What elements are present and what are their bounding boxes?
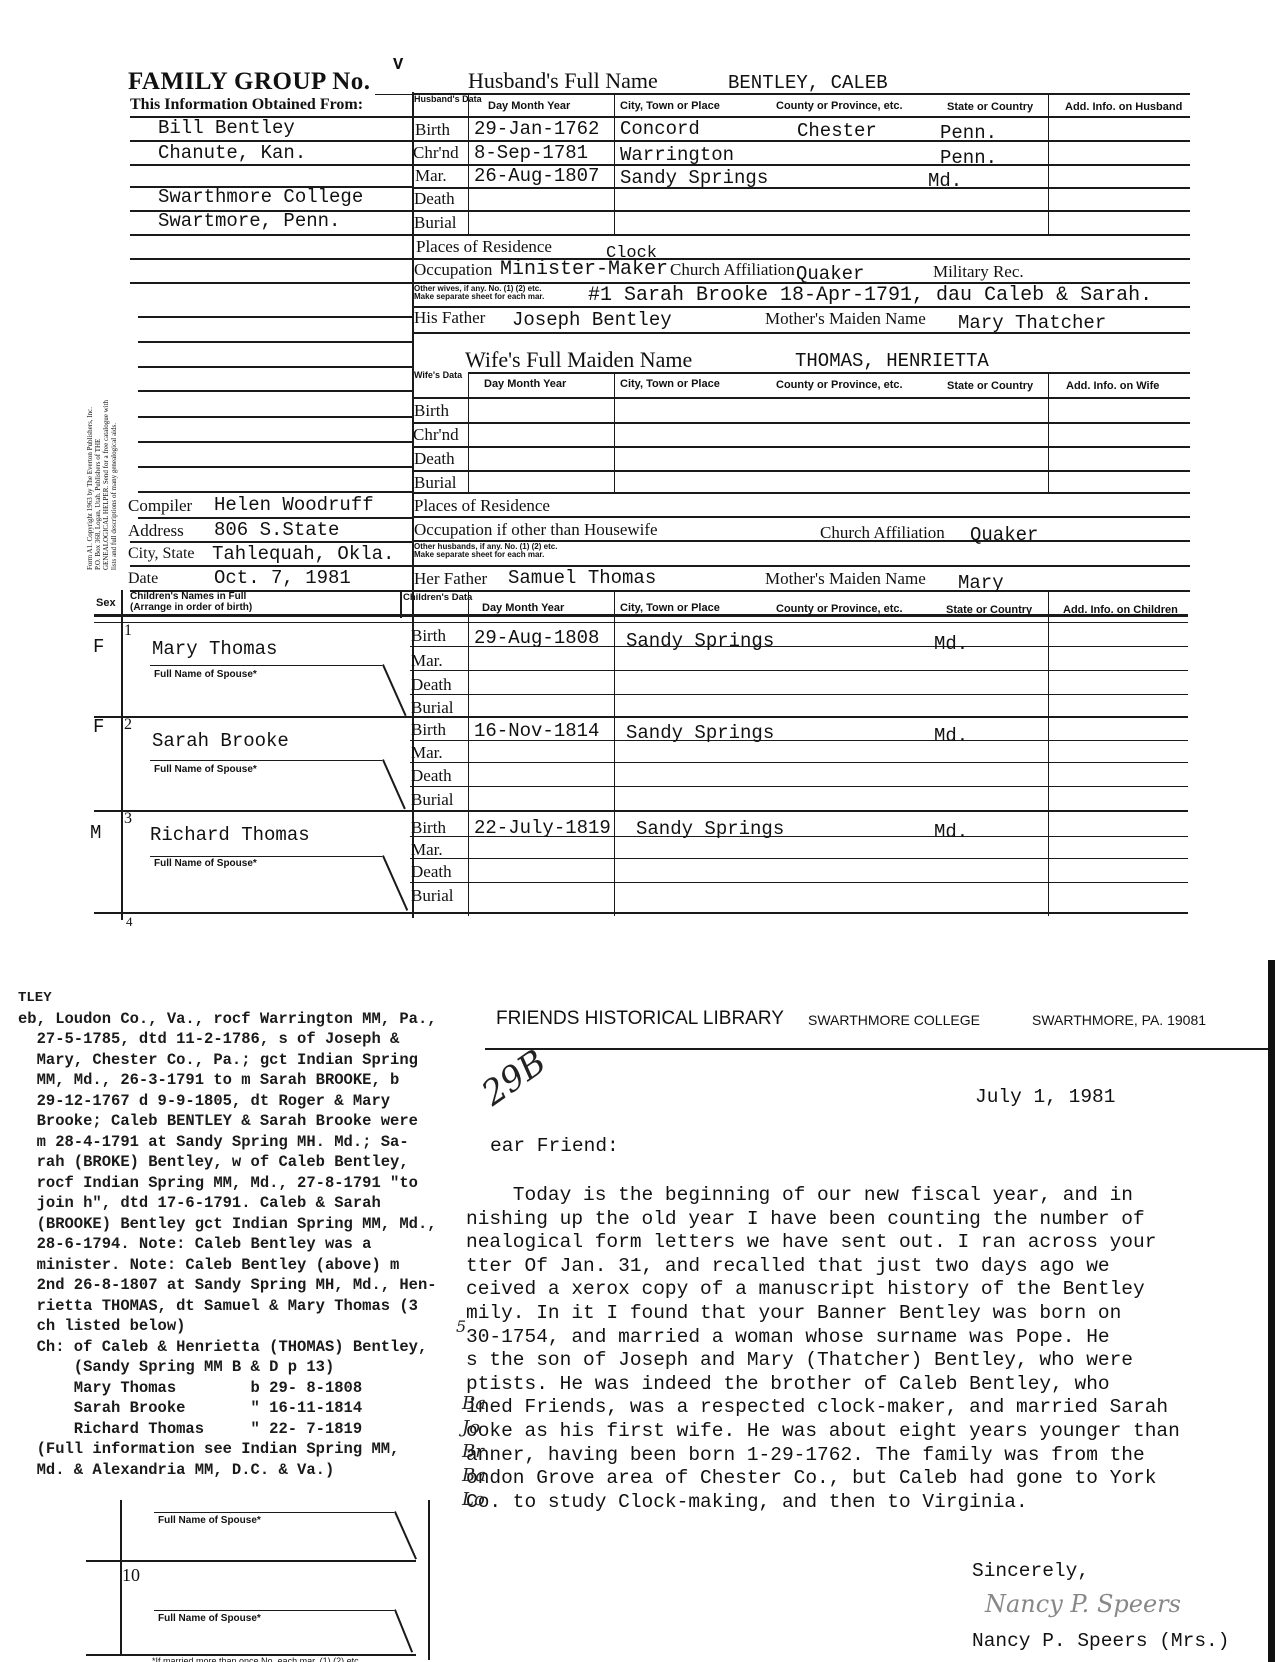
child-birth-state: Md.: [934, 633, 968, 655]
her-father: Samuel Thomas: [508, 567, 656, 589]
child-birth-city: Sandy Springs: [636, 818, 784, 840]
address-label: Address: [128, 521, 184, 541]
children-data-header: Children's Data: [403, 593, 472, 602]
margin-note: 5: [456, 1317, 466, 1336]
address-value: 806 S.State: [214, 519, 339, 541]
her-mother-label: Mother's Maiden Name: [765, 569, 926, 589]
group-number: V: [393, 56, 403, 75]
wife-name: THOMAS, HENRIETTA: [795, 350, 989, 372]
source-line-1: Bill Bentley: [158, 117, 295, 139]
letter-signer: Nancy P. Speers (Mrs.): [972, 1630, 1229, 1654]
child-number: 2: [124, 716, 132, 734]
children-state-header: State or Country: [946, 604, 1032, 616]
wife-event-death: Death: [414, 449, 455, 469]
wife-name-label: Wife's Full Maiden Name: [465, 347, 692, 373]
child-number-4: 4: [126, 914, 133, 930]
child-birth-date: 29-Aug-1808: [474, 627, 599, 649]
husband-county-header: County or Province, etc.: [776, 100, 903, 112]
his-father-label: His Father: [414, 308, 485, 328]
husband-city-header: City, Town or Place: [620, 100, 720, 112]
child-sex: F: [93, 636, 104, 658]
wife-dmy-header: Day Month Year: [484, 378, 566, 390]
letterhead-address: SWARTHMORE, PA. 19081: [1032, 1012, 1206, 1028]
obtained-from-label: This Information Obtained From:: [130, 96, 363, 114]
children-names-header: Children's Names in Full (Arrange in ord…: [130, 591, 252, 613]
husband-dmy-header: Day Month Year: [488, 100, 570, 112]
husband-event-death: Death: [414, 189, 455, 209]
child-birth-date: 16-Nov-1814: [474, 720, 599, 742]
husband-data-header: Husband's Data: [414, 95, 482, 104]
other-wives-label: Other wives, if any. No. (1) (2) etc. Ma…: [414, 285, 544, 301]
child-birth-date: 22-July-1819: [474, 817, 611, 839]
husband-addinfo-header: Add. Info. on Husband: [1065, 101, 1182, 113]
child-sex: M: [90, 822, 101, 844]
wife-residence-label: Places of Residence: [414, 496, 550, 516]
source-line-4: Swarthmore College: [158, 186, 363, 208]
children-county-header: County or Province, etc.: [776, 603, 903, 615]
spouse-label: Full Name of Spouse*: [154, 669, 257, 680]
letter-body: Today is the beginning of our new fiscal…: [466, 1184, 1180, 1514]
husband-residence-label: Places of Residence: [416, 237, 552, 257]
his-mother-label: Mother's Maiden Name: [765, 309, 926, 329]
city-state-label: City, State: [128, 545, 195, 563]
husband-church-label: Church Affiliation: [670, 260, 795, 280]
signature: Nancy P. Speers: [985, 1590, 1181, 1618]
source-line-5: Swartmore, Penn.: [158, 210, 340, 232]
wife-addinfo-header: Add. Info. on Wife: [1066, 380, 1159, 392]
letterhead-org: FRIENDS HISTORICAL LIBRARY: [496, 1008, 784, 1030]
child-sex: F: [93, 716, 104, 738]
husband-state-header: State or Country: [947, 101, 1033, 113]
child-birth-state: Md.: [934, 725, 968, 747]
spouse-label: Full Name of Spouse*: [154, 764, 257, 775]
letter-closing: Sincerely,: [972, 1560, 1089, 1584]
wife-event-burial: Burial: [414, 473, 457, 493]
his-father: Joseph Bentley: [512, 309, 672, 331]
her-father-label: Her Father: [414, 569, 487, 589]
letter-salutation: ear Friend:: [490, 1135, 619, 1159]
date-value: Oct. 7, 1981: [214, 567, 351, 589]
margin-note: Jo: [462, 1417, 480, 1438]
source-line-2: Chanute, Kan.: [158, 142, 306, 164]
compiler-value: Helen Woodruff: [214, 494, 374, 516]
other-husbands-label: Other husbands, if any. No. (1) (2) etc.…: [414, 543, 557, 559]
sex-header: Sex: [96, 597, 116, 609]
wife-event-christening: Chr'nd: [413, 425, 459, 445]
child-birth-city: Sandy Springs: [626, 722, 774, 744]
wife-state-header: State or Country: [947, 380, 1033, 392]
compiler-label: Compiler: [128, 496, 192, 516]
husband-occupation-label: Occupation: [414, 260, 492, 280]
margin-note: Br: [462, 1441, 484, 1462]
wife-event-birth: Birth: [414, 401, 449, 421]
other-wives: #1 Sarah Brooke 18-Apr-1791, dau Caleb &…: [588, 284, 1152, 307]
wife-data-header: Wife's Data: [414, 371, 462, 380]
husband-church: Quaker: [796, 263, 864, 285]
children-city-header: City, Town or Place: [620, 602, 720, 614]
children-dmy-header: Day Month Year: [482, 602, 564, 614]
child-birth-state: Md.: [934, 821, 968, 843]
letterhead-college: SWARTHMORE COLLEGE: [808, 1012, 980, 1028]
child-number: 1: [124, 622, 132, 640]
husband-name-label: Husband's Full Name: [468, 68, 658, 94]
child-number: 3: [124, 810, 132, 828]
margin-note: Ba: [462, 1465, 486, 1486]
wife-county-header: County or Province, etc.: [776, 379, 903, 391]
form-footnote: *If married more than once No. each mar.…: [152, 1656, 361, 1662]
her-mother: Mary: [958, 572, 1004, 594]
scan-edge: [1268, 960, 1275, 1662]
child-birth-city: Sandy Springs: [626, 630, 774, 652]
copyright-notice: Form A1. Copyright 1963 by The Everton P…: [86, 310, 118, 570]
letter-date: July 1, 1981: [975, 1086, 1115, 1110]
form-title: FAMILY GROUP No.: [128, 68, 371, 96]
margin-note: Ba: [462, 1393, 486, 1414]
child-name: Mary Thomas: [152, 638, 277, 660]
spouse-label: Full Name of Spouse*: [154, 858, 257, 869]
clipping-heading: TLEY: [18, 988, 437, 1009]
husband-name: BENTLEY, CALEB: [728, 72, 888, 94]
his-mother: Mary Thatcher: [958, 312, 1106, 334]
wife-occupation-label: Occupation if other than Housewife: [414, 520, 658, 540]
wife-church-label: Church Affiliation: [820, 523, 945, 543]
city-state-value: Tahlequah, Okla.: [212, 543, 394, 565]
margin-note: Lo: [462, 1489, 485, 1510]
child-name: Sarah Brooke: [152, 730, 289, 752]
wife-city-header: City, Town or Place: [620, 378, 720, 390]
handwritten-ref: 29B: [475, 1042, 554, 1114]
date-label: Date: [128, 570, 158, 588]
child-number-10: 10: [122, 1565, 140, 1586]
husband-military-label: Military Rec.: [933, 262, 1024, 282]
children-addinfo-header: Add. Info. on Children: [1063, 604, 1178, 616]
child-name: Richard Thomas: [150, 824, 310, 846]
records-clipping: TLEY eb, Loudon Co., Va., rocf Warringto…: [18, 988, 437, 1480]
wife-church: Quaker: [970, 524, 1038, 546]
husband-event-burial: Burial: [414, 213, 457, 233]
husband-occupation-insert: Clock: [606, 244, 657, 263]
